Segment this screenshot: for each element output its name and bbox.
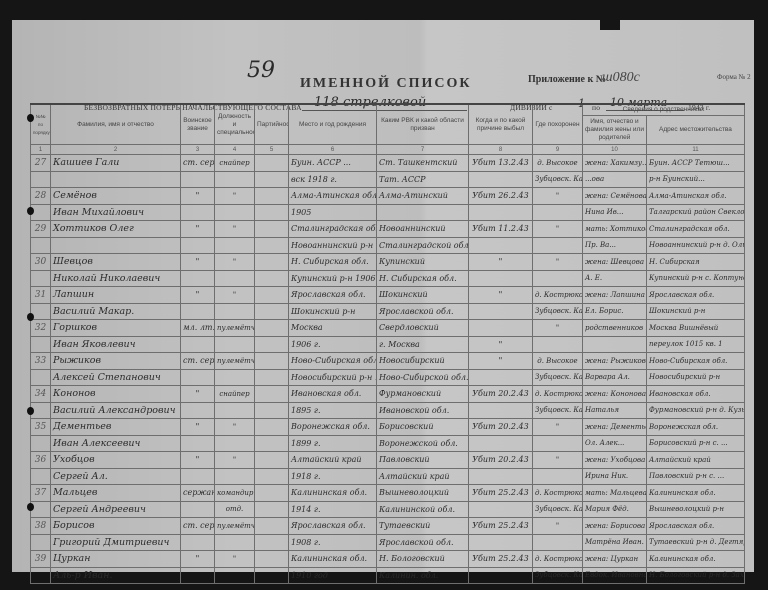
cell-c9: " — [533, 221, 583, 238]
cell-c10: жена: Рыжикова — [583, 353, 647, 370]
cell-c1: 33 — [31, 353, 51, 370]
cell-c5 — [255, 534, 289, 551]
cell-c6: 1914 г. — [289, 501, 377, 518]
cell-c5 — [255, 419, 289, 436]
cell-c1 — [31, 369, 51, 386]
cell-c4: " — [215, 452, 255, 469]
cell-c4: " — [215, 188, 255, 205]
cell-c8 — [469, 237, 533, 254]
col-header-2: Фамилия, имя и отчество — [51, 104, 181, 145]
cell-c3 — [181, 468, 215, 485]
cell-c11: Сталинградская обл. — [647, 221, 745, 238]
cell-c2: Шевцов — [51, 254, 181, 271]
cell-c10: А. Е. — [583, 270, 647, 287]
cell-c6: Алтайский край — [289, 452, 377, 469]
cell-c3 — [181, 369, 215, 386]
cell-c1 — [31, 501, 51, 518]
col-num-7: 7 — [377, 145, 469, 155]
cell-c10: Ирина Ник. — [583, 468, 647, 485]
cell-c2: Горшков — [51, 320, 181, 337]
appendix-label: Приложение к № — [528, 74, 606, 85]
cell-c11: Н. Сибирская — [647, 254, 745, 271]
appendix-number: ш080с — [602, 70, 640, 86]
cell-c5 — [255, 155, 289, 172]
cell-c9: Зубцовск. Калинин. обл. — [533, 402, 583, 419]
cell-c7: Ст. Ташкентский — [377, 155, 469, 172]
cell-c11: Талгарский район Свеклосовхоз — [647, 204, 745, 221]
cell-c6: Н. Сибирская обл. — [289, 254, 377, 271]
cell-c4 — [215, 303, 255, 320]
cell-c5 — [255, 435, 289, 452]
cell-c2: Иван Михайлович — [51, 204, 181, 221]
cell-c5 — [255, 452, 289, 469]
cell-c2: Иван Яковлевич — [51, 336, 181, 353]
cell-c6: Калининская обл. — [289, 485, 377, 502]
cell-c9: д. Кострюково — [533, 386, 583, 403]
cell-c9: Зубцовск. Калинин. обл. — [533, 567, 583, 584]
cell-c4 — [215, 402, 255, 419]
cell-c11: Алтайский край — [647, 452, 745, 469]
cell-c11: Ярославская обл. — [647, 287, 745, 304]
cell-c8: " — [469, 353, 533, 370]
cell-c1 — [31, 336, 51, 353]
cell-c8: Убит 26.2.43 — [469, 188, 533, 205]
document-title: ИМЕННОЙ СПИСОК — [300, 76, 472, 92]
cell-c11: Купинский р-н с. Коптуново — [647, 270, 745, 287]
table-row: Иван Алексеевич1899 г.Воронежской обл.Ол… — [31, 435, 745, 452]
cell-c9 — [533, 204, 583, 221]
cell-c5 — [255, 204, 289, 221]
cell-c11: Новосибирский р-н — [647, 369, 745, 386]
cell-c1: 28 — [31, 188, 51, 205]
cell-c2: Рыжиков — [51, 353, 181, 370]
cell-c11: Ярославская обл. — [647, 518, 745, 535]
cell-c9: " — [533, 254, 583, 271]
cell-c11: Воронежская обл. — [647, 419, 745, 436]
cell-c8: " — [469, 287, 533, 304]
cell-c3: " — [181, 221, 215, 238]
col-num-4: 4 — [215, 145, 255, 155]
cell-c10: Евдок. Ивановна — [583, 567, 647, 584]
cell-c2: Николай Николаевич — [51, 270, 181, 287]
sheet-number: 59 — [247, 58, 275, 83]
cell-c7 — [377, 204, 469, 221]
col-num-8: 8 — [469, 145, 533, 155]
cell-c8 — [469, 270, 533, 287]
cell-c6: 1905 — [289, 204, 377, 221]
cell-c4: пулемётчик — [215, 320, 255, 337]
cell-c1: 32 — [31, 320, 51, 337]
cell-c3: " — [181, 419, 215, 436]
cell-c4 — [215, 534, 255, 551]
cell-c3: " — [181, 188, 215, 205]
cell-c3 — [181, 567, 215, 584]
table-row: Новоаннинский р-н 1921 г.Сталинградской … — [31, 237, 745, 254]
cell-c9: " — [533, 320, 583, 337]
cell-c11: р-н Буинский... — [647, 171, 745, 188]
cell-c5 — [255, 320, 289, 337]
cell-c1: 35 — [31, 419, 51, 436]
table-row: Аль-р Иван.1910 годКалинин. обл.Зубцовск… — [31, 567, 745, 584]
cell-c10: жена: Хакимзу... — [583, 155, 647, 172]
cell-c3 — [181, 402, 215, 419]
cell-c6: Москва — [289, 320, 377, 337]
cell-c9: д. Кострюково — [533, 551, 583, 568]
cell-c8: Убит 20.2.43 — [469, 419, 533, 436]
table-row: Сергей Ал.1918 г.Алтайский крайИрина Ник… — [31, 468, 745, 485]
cell-c3: ст. сер. — [181, 518, 215, 535]
col-header-5: Партийность — [255, 104, 289, 145]
cell-c11: Ново-Сибирская обл. — [647, 353, 745, 370]
cell-c10: Мария Фёд. — [583, 501, 647, 518]
cell-c3: сержант — [181, 485, 215, 502]
col-header-8: Когда и по какой причине выбыл — [469, 104, 533, 145]
cell-c4 — [215, 336, 255, 353]
table-row: Иван Яковлевич1906 г.г. Москва"переулок … — [31, 336, 745, 353]
cell-c1 — [31, 270, 51, 287]
cell-c11: Н. Бологовский р-н д. Захарьино — [647, 567, 745, 584]
cell-c9: д. Кострюково — [533, 485, 583, 502]
cell-c9: Зубцовск. Калинин. обл. — [533, 501, 583, 518]
cell-c4: пулемётчик — [215, 353, 255, 370]
table-row: 39Цуркан""Калининская обл.Н. Бологовский… — [31, 551, 745, 568]
table-row: 28Семёнов""Алма-Атинская обл.Алма-Атинск… — [31, 188, 745, 205]
col-header-11: Адрес местожительства — [647, 116, 745, 145]
table-row: 31Лапшин""Ярославская обл.Шокинский"д. К… — [31, 287, 745, 304]
cell-c1 — [31, 171, 51, 188]
cell-c3 — [181, 534, 215, 551]
cell-c1 — [31, 567, 51, 584]
cell-c7: г. Москва — [377, 336, 469, 353]
cell-c3 — [181, 270, 215, 287]
losses-table: №№ по порядку Фамилия, имя и отчество Во… — [30, 103, 745, 584]
cell-c9: " — [533, 188, 583, 205]
cell-c1 — [31, 468, 51, 485]
cell-c6: Ярославская обл. — [289, 518, 377, 535]
cell-c11: Алма-Атинская обл. — [647, 188, 745, 205]
cell-c6: 1899 г. — [289, 435, 377, 452]
cell-c8: Убит 20.2.43 — [469, 386, 533, 403]
table-row: 33Рыжиковст. сер.пулемётчикНово-Сибирска… — [31, 353, 745, 370]
cell-c11: Москва Вишнёвый — [647, 320, 745, 337]
cell-c2 — [51, 237, 181, 254]
cell-c7: Павловский — [377, 452, 469, 469]
cell-c9 — [533, 336, 583, 353]
cell-c10: Нина Ив... — [583, 204, 647, 221]
cell-c8 — [469, 320, 533, 337]
cell-c6: Новоаннинский р-н 1921 г. — [289, 237, 377, 254]
cell-c6: 1910 год — [289, 567, 377, 584]
cell-c6: Ново-Сибирская обл. — [289, 353, 377, 370]
cell-c2: Алексей Степанович — [51, 369, 181, 386]
cell-c11: Борисовский р-н с. ... — [647, 435, 745, 452]
cell-c4 — [215, 237, 255, 254]
table-row: Василий Александрович1895 г.Ивановской о… — [31, 402, 745, 419]
cell-c10: родственников нет — [583, 320, 647, 337]
cell-c9: д. Кострюково — [533, 287, 583, 304]
cell-c7: Ярославской обл. — [377, 534, 469, 551]
cell-c2: Василий Макар. — [51, 303, 181, 320]
cell-c2: Хоттиков Олег — [51, 221, 181, 238]
cell-c1 — [31, 237, 51, 254]
cell-c9 — [533, 270, 583, 287]
cell-c5 — [255, 221, 289, 238]
cell-c2: Ухобцов — [51, 452, 181, 469]
cell-c4: командир — [215, 485, 255, 502]
cell-c8: Убит 25.2.43 — [469, 551, 533, 568]
cell-c11: Новоаннинский р-н д. Ольховка — [647, 237, 745, 254]
cell-c5 — [255, 501, 289, 518]
cell-c8 — [469, 303, 533, 320]
cell-c2: Сергей Андреевич — [51, 501, 181, 518]
cell-c8: Убит 13.2.43 — [469, 155, 533, 172]
cell-c6: Сталинградская обл. — [289, 221, 377, 238]
cell-c10: ...ова — [583, 171, 647, 188]
cell-c7: Тутаевский — [377, 518, 469, 535]
cell-c10: жена: Семёнова — [583, 188, 647, 205]
cell-c1: 37 — [31, 485, 51, 502]
cell-c10: жена: Ухобцова — [583, 452, 647, 469]
table-row: 34Кононов"снайперИвановская обл.Фурманов… — [31, 386, 745, 403]
cell-c3: " — [181, 452, 215, 469]
col-num-1: 1 — [31, 145, 51, 155]
cell-c9 — [533, 237, 583, 254]
cell-c7: Алтайский край — [377, 468, 469, 485]
cell-c1 — [31, 534, 51, 551]
cell-c7: Сталинградской обл. — [377, 237, 469, 254]
cell-c8 — [469, 534, 533, 551]
cell-c9: Зубцовск. Калинин. обл. — [533, 303, 583, 320]
cell-c7: Новоаннинский — [377, 221, 469, 238]
cell-c7: Шокинский — [377, 287, 469, 304]
col-header-4: Должность и специальность — [215, 104, 255, 145]
cell-c5 — [255, 254, 289, 271]
cell-c8: " — [469, 254, 533, 271]
cell-c4: снайпер — [215, 386, 255, 403]
cell-c11: Калининская обл. — [647, 485, 745, 502]
cell-c2: Кашиев Гали — [51, 155, 181, 172]
cell-c7: Новосибирский — [377, 353, 469, 370]
cell-c8 — [469, 435, 533, 452]
col-header-6: Место и год рождения — [289, 104, 377, 145]
cell-c9: д. Высокое — [533, 353, 583, 370]
cell-c8 — [469, 567, 533, 584]
cell-c11: Шокинский р-н — [647, 303, 745, 320]
cell-c6: Алма-Атинская обл. — [289, 188, 377, 205]
cell-c4: " — [215, 287, 255, 304]
cell-c9: " — [533, 419, 583, 436]
cell-c10: жена: Шевцова — [583, 254, 647, 271]
col-header-1: №№ по порядку — [31, 104, 51, 145]
cell-c8: Убит 20.2.43 — [469, 452, 533, 469]
cell-c8 — [469, 468, 533, 485]
table-row: вск 1918 г.Тат. АССРЗубцовск. Калинин. о… — [31, 171, 745, 188]
cell-c10: мать: Мальцева — [583, 485, 647, 502]
cell-c5 — [255, 287, 289, 304]
cell-c5 — [255, 518, 289, 535]
cell-c7: Н. Бологовский — [377, 551, 469, 568]
cell-c3: мл. лт. — [181, 320, 215, 337]
cell-c11: Тутаевский р-н д. Дегтярево — [647, 534, 745, 551]
cell-c1: 34 — [31, 386, 51, 403]
header-row: №№ по порядку Фамилия, имя и отчество Во… — [31, 104, 745, 116]
cell-c7: Калининской обл. — [377, 501, 469, 518]
cell-c10: Ол. Алек... — [583, 435, 647, 452]
cell-c5 — [255, 336, 289, 353]
cell-c7: Воронежской обл. — [377, 435, 469, 452]
table-row: 29Хоттиков Олег""Сталинградская обл.Ново… — [31, 221, 745, 238]
cell-c8 — [469, 501, 533, 518]
punch-hole — [27, 207, 34, 215]
cell-c8: Убит 11.2.43 — [469, 221, 533, 238]
cell-c10: Ел. Борис. — [583, 303, 647, 320]
cell-c6: Буин. АССР ... — [289, 155, 377, 172]
cell-c1: 39 — [31, 551, 51, 568]
col-num-5: 5 — [255, 145, 289, 155]
cell-c5 — [255, 353, 289, 370]
table-row: 37МальцевсержанткомандирКалининская обл.… — [31, 485, 745, 502]
relatives-group-header: Сведения о родственниках — [583, 104, 745, 116]
cell-c5 — [255, 386, 289, 403]
col-header-3: Воинское звание — [181, 104, 215, 145]
cell-c4: " — [215, 419, 255, 436]
cell-c3 — [181, 501, 215, 518]
cell-c6: Калининская обл. — [289, 551, 377, 568]
cell-c4: пулемётчик — [215, 518, 255, 535]
cell-c6: Ивановская обл. — [289, 386, 377, 403]
cell-c4 — [215, 435, 255, 452]
table-row: 36Ухобцов""Алтайский крайПавловскийУбит … — [31, 452, 745, 469]
cell-c11: Фурмановский р-н д. Кузьмино — [647, 402, 745, 419]
cell-c7: Калинин. обл. — [377, 567, 469, 584]
cell-c4 — [215, 468, 255, 485]
cell-c10: жена: Борисова — [583, 518, 647, 535]
cell-c7: Ивановской обл. — [377, 402, 469, 419]
cell-c6: Купинский р-н 1906 г. — [289, 270, 377, 287]
cell-c9 — [533, 468, 583, 485]
table-row: Николай НиколаевичКупинский р-н 1906 г.Н… — [31, 270, 745, 287]
cell-c3 — [181, 204, 215, 221]
cell-c10: Варвара Ал. — [583, 369, 647, 386]
cell-c4 — [215, 369, 255, 386]
cell-c11: Ивановская обл. — [647, 386, 745, 403]
cell-c9: д. Высокое — [533, 155, 583, 172]
cell-c9: Зубцовск. Калинин. обл. — [533, 171, 583, 188]
cell-c6: 1906 г. — [289, 336, 377, 353]
cell-c5 — [255, 237, 289, 254]
cell-c10: жена: Цуркан — [583, 551, 647, 568]
col-header-7: Каким РВК и какой области призван — [377, 104, 469, 145]
cell-c2: Иван Алексеевич — [51, 435, 181, 452]
cell-c3: " — [181, 254, 215, 271]
cell-c10: жена: Кононова — [583, 386, 647, 403]
table-row: Сергей Андреевичотд.1914 г.Калининской о… — [31, 501, 745, 518]
cell-c2: Кононов — [51, 386, 181, 403]
table-row: 35Дементьев""Воронежская обл.Борисовский… — [31, 419, 745, 436]
col-num-9: 9 — [533, 145, 583, 155]
cell-c10: жена: Дементьева — [583, 419, 647, 436]
cell-c7: Н. Сибирская обл. — [377, 270, 469, 287]
form-number: Форма № 2 — [717, 73, 751, 81]
cell-c6: Ярославская обл. — [289, 287, 377, 304]
cell-c1: 38 — [31, 518, 51, 535]
col-num-10: 10 — [583, 145, 647, 155]
cell-c10: Матрёна Иван. — [583, 534, 647, 551]
cell-c9 — [533, 534, 583, 551]
cell-c2: Цуркан — [51, 551, 181, 568]
cell-c10 — [583, 336, 647, 353]
cell-c2 — [51, 171, 181, 188]
cell-c5 — [255, 171, 289, 188]
cell-c2: Борисов — [51, 518, 181, 535]
cell-c3: ст. сер. — [181, 155, 215, 172]
cell-c4 — [215, 567, 255, 584]
cell-c7: Фурмановский — [377, 386, 469, 403]
cell-c8 — [469, 204, 533, 221]
cell-c3 — [181, 336, 215, 353]
cell-c5 — [255, 485, 289, 502]
cell-c3: " — [181, 386, 215, 403]
cell-c1: 30 — [31, 254, 51, 271]
cell-c3: " — [181, 551, 215, 568]
cell-c5 — [255, 402, 289, 419]
col-num-3: 3 — [181, 145, 215, 155]
punch-hole — [27, 503, 34, 511]
cell-c7: Ярославской обл. — [377, 303, 469, 320]
table-row: Алексей СтепановичНовосибирский р-н 1923… — [31, 369, 745, 386]
cell-c10: мать: Хоттикова — [583, 221, 647, 238]
cell-c5 — [255, 270, 289, 287]
cell-c8: " — [469, 336, 533, 353]
cell-c11: Павловский р-н с. ... — [647, 468, 745, 485]
column-number-row: 1 2 3 4 5 6 7 8 9 10 11 — [31, 145, 745, 155]
cell-c9 — [533, 435, 583, 452]
cell-c7: Борисовский — [377, 419, 469, 436]
cell-c1: 29 — [31, 221, 51, 238]
cell-c9: " — [533, 518, 583, 535]
col-header-9: Где похоронен — [533, 104, 583, 145]
cell-c3: " — [181, 287, 215, 304]
cell-c5 — [255, 188, 289, 205]
col-num-11: 11 — [647, 145, 745, 155]
punch-hole — [27, 313, 34, 321]
cell-c6: 1895 г. — [289, 402, 377, 419]
cell-c5 — [255, 369, 289, 386]
table-row: Василий Макар.Шокинский р-нЯрославской о… — [31, 303, 745, 320]
cell-c6: 1918 г. — [289, 468, 377, 485]
cell-c6: 1908 г. — [289, 534, 377, 551]
cell-c5 — [255, 303, 289, 320]
cell-c1: 31 — [31, 287, 51, 304]
cell-c7: Алма-Атинский — [377, 188, 469, 205]
cell-c2: Аль-р Иван. — [51, 567, 181, 584]
cell-c1: 36 — [31, 452, 51, 469]
punch-hole — [27, 114, 34, 122]
cell-c4: снайпер — [215, 155, 255, 172]
table-row: 32Горшковмл. лт.пулемётчикМоскваСвердлов… — [31, 320, 745, 337]
cell-c3 — [181, 303, 215, 320]
cell-c8 — [469, 171, 533, 188]
table-row: 27Кашиев Галист. сер.снайперБуин. АССР .… — [31, 155, 745, 172]
table-row: 30Шевцов""Н. Сибирская обл.Купинский""же… — [31, 254, 745, 271]
cell-c10: Наталья — [583, 402, 647, 419]
cell-c2: Григорий Дмитриевич — [51, 534, 181, 551]
cell-c11: переулок 1015 кв. 1 — [647, 336, 745, 353]
cell-c1 — [31, 435, 51, 452]
cell-c7: Ново-Сибирской обл. — [377, 369, 469, 386]
punch-hole — [27, 407, 34, 415]
cell-c3 — [181, 435, 215, 452]
